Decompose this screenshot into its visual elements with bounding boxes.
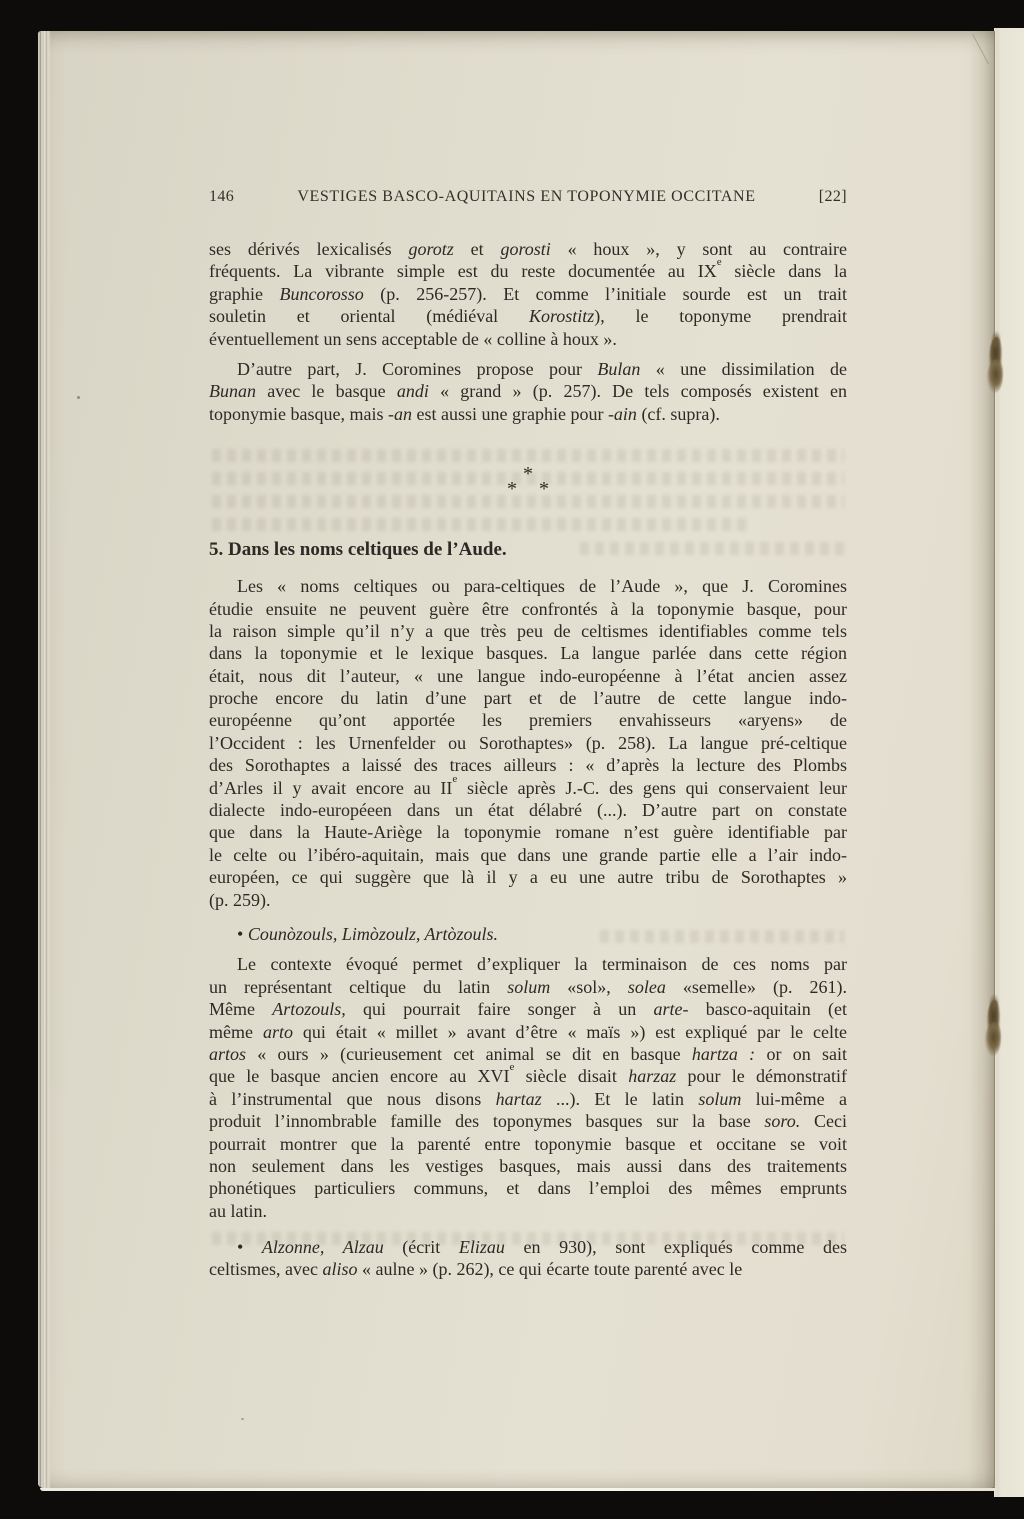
text-line: d’Arles il y avait encore au IIe siècle … — [209, 777, 847, 799]
text-line: produit l’innombrable famille des topony… — [209, 1110, 847, 1132]
text-line: la raison simple qu’il n’y a que très pe… — [209, 620, 847, 642]
issue-number: [22] — [819, 188, 847, 206]
gutter-crease — [994, 31, 995, 1488]
dust-speck — [77, 396, 80, 399]
facing-page-edge — [994, 28, 1024, 1497]
foxing-spot — [986, 333, 1006, 399]
text-line: même arto qui était « millet » avant d’ê… — [209, 1021, 847, 1043]
paragraph: D’autre part, J. Coromines propose pour … — [209, 358, 847, 425]
text-line: que le basque ancien encore au XVIe sièc… — [209, 1065, 847, 1087]
paragraph: ses dérivés lexicalisés gorotz et gorost… — [209, 238, 847, 350]
text-line: pourrait montrer que la parenté entre to… — [209, 1133, 847, 1155]
text-line: était, nous dit l’auteur, « une langue i… — [209, 665, 847, 687]
text-line: un représentant celtique du latin solum … — [209, 976, 847, 998]
text-line: ses dérivés lexicalisés gorotz et gorost… — [209, 238, 847, 260]
text-line: au latin. — [209, 1200, 847, 1222]
page-number: 146 — [209, 188, 234, 206]
running-header: 146 VESTIGES BASCO-AQUITAINS EN TOPONYMI… — [209, 188, 847, 206]
text-line: que dans la Haute-Ariège la toponymie ro… — [209, 821, 847, 843]
bullet-item: • Alzonne, Alzau (écrit Elizau en 930), … — [209, 1236, 847, 1281]
text-line: étudie ensuite ne peuvent guère être con… — [209, 598, 847, 620]
text-line: proche encore du latin d’une part et de … — [209, 687, 847, 709]
text-line: • Alzonne, Alzau (écrit Elizau en 930), … — [209, 1236, 847, 1258]
text-line: artos « ours » (curieusement cet animal … — [209, 1043, 847, 1065]
text-line: fréquents. La vibrante simple est du res… — [209, 260, 847, 282]
text-line: non seulement dans les vestiges basques,… — [209, 1155, 847, 1177]
running-title: VESTIGES BASCO-AQUITAINS EN TOPONYMIE OC… — [297, 188, 755, 206]
text-line: à l’instrumental que nous disons hartaz … — [209, 1088, 847, 1110]
text-line: graphie Buncorosso (p. 256-257). Et comm… — [209, 283, 847, 305]
text-line: dialecte indo-européeen dans un état dél… — [209, 799, 847, 821]
text-line: Les « noms celtiques ou para-celtiques d… — [209, 575, 847, 597]
page-edge-stripes — [38, 31, 51, 1488]
text-line: (p. 259). — [209, 889, 847, 911]
text-line: souletin et oriental (médiéval Korostitz… — [209, 305, 847, 327]
dust-speck — [241, 1418, 244, 1420]
text-line: Même Artozouls, qui pourrait faire songe… — [209, 998, 847, 1020]
gutter-shadow — [969, 31, 995, 1488]
section-separator: *** — [209, 467, 847, 497]
paragraph: Les « noms celtiques ou para-celtiques d… — [209, 575, 847, 911]
text-line: toponymie basque, mais -an est aussi une… — [209, 403, 847, 425]
text-line: l’Occident : les Urnenfelder ou Sorothap… — [209, 732, 847, 754]
section-heading: 5. Dans les noms celtiques de l’Aude. — [209, 537, 847, 563]
text-line: D’autre part, J. Coromines propose pour … — [209, 358, 847, 380]
text-line: européenne qu’ont apportée les premiers … — [209, 709, 847, 731]
text-line: des Sorothaptes a laissé des traces aill… — [209, 754, 847, 776]
foxing-spot — [984, 996, 1004, 1052]
text-line: • Counòzouls, Limòzoulz, Artòzouls. — [209, 923, 847, 945]
text-line: éventuellement un sens acceptable de « c… — [209, 328, 847, 350]
text-column: 146 VESTIGES BASCO-AQUITAINS EN TOPONYMI… — [209, 188, 847, 1281]
text-line: européen, ce qui suggère que là il y a e… — [209, 866, 847, 888]
book-page: 146 VESTIGES BASCO-AQUITAINS EN TOPONYMI… — [38, 31, 995, 1488]
bullet-item: • Counòzouls, Limòzoulz, Artòzouls. — [209, 923, 847, 945]
page-content: ses dérivés lexicalisés gorotz et gorost… — [209, 238, 847, 1281]
text-line: le celte ou l’ibéro-aquitain, mais que d… — [209, 844, 847, 866]
scan-background: 146 VESTIGES BASCO-AQUITAINS EN TOPONYMI… — [0, 0, 1024, 1519]
text-line: Le contexte évoqué permet d’expliquer la… — [209, 953, 847, 975]
text-line: dans la toponymie et le lexique basques.… — [209, 642, 847, 664]
paragraph: Le contexte évoqué permet d’expliquer la… — [209, 953, 847, 1222]
text-line: celtismes, avec aliso « aulne » (p. 262)… — [209, 1258, 847, 1280]
text-line: Bunan avec le basque andi « grand » (p. … — [209, 380, 847, 402]
text-line: phonétiques particuliers communs, et dan… — [209, 1177, 847, 1199]
